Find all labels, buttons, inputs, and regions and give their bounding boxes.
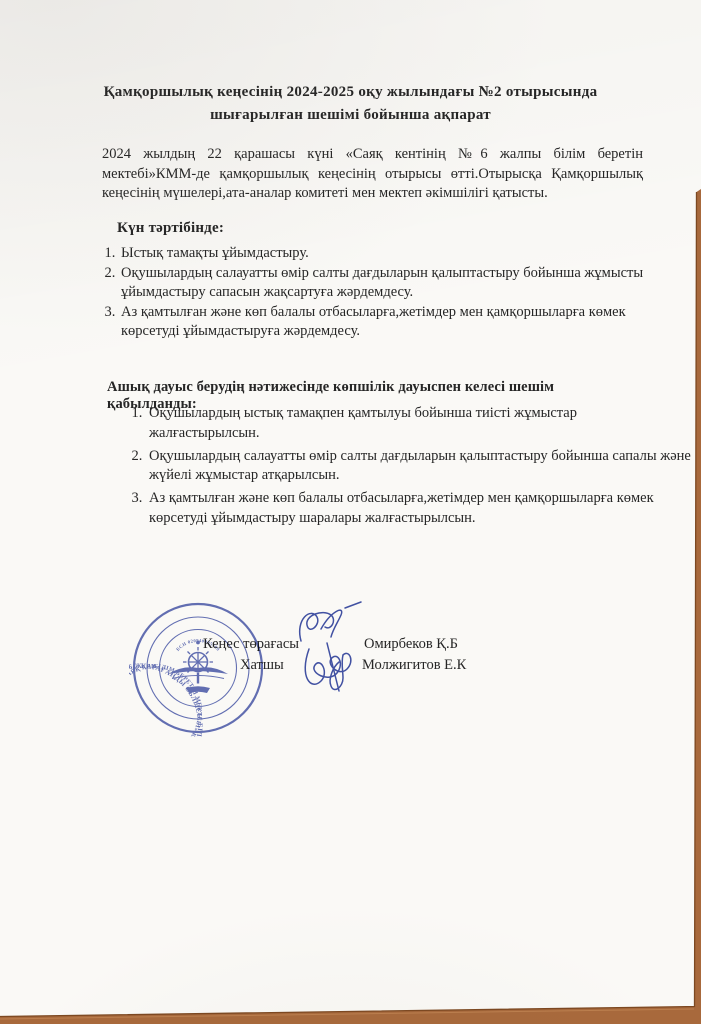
scanned-document-page: Қамқоршылық кеңесінің 2024-2025 оқу жылы…	[0, 0, 701, 1024]
table-edge	[0, 0, 701, 1024]
